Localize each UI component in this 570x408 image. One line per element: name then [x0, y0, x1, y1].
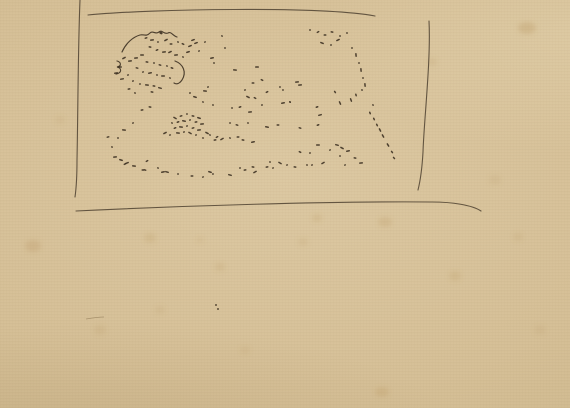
drawn-frame-border	[75, 0, 481, 211]
artwork-photo	[0, 0, 570, 408]
stray-ink-marks	[86, 304, 219, 319]
ink-drawing-layer	[0, 0, 570, 408]
stippled-animal-figure	[106, 29, 395, 178]
